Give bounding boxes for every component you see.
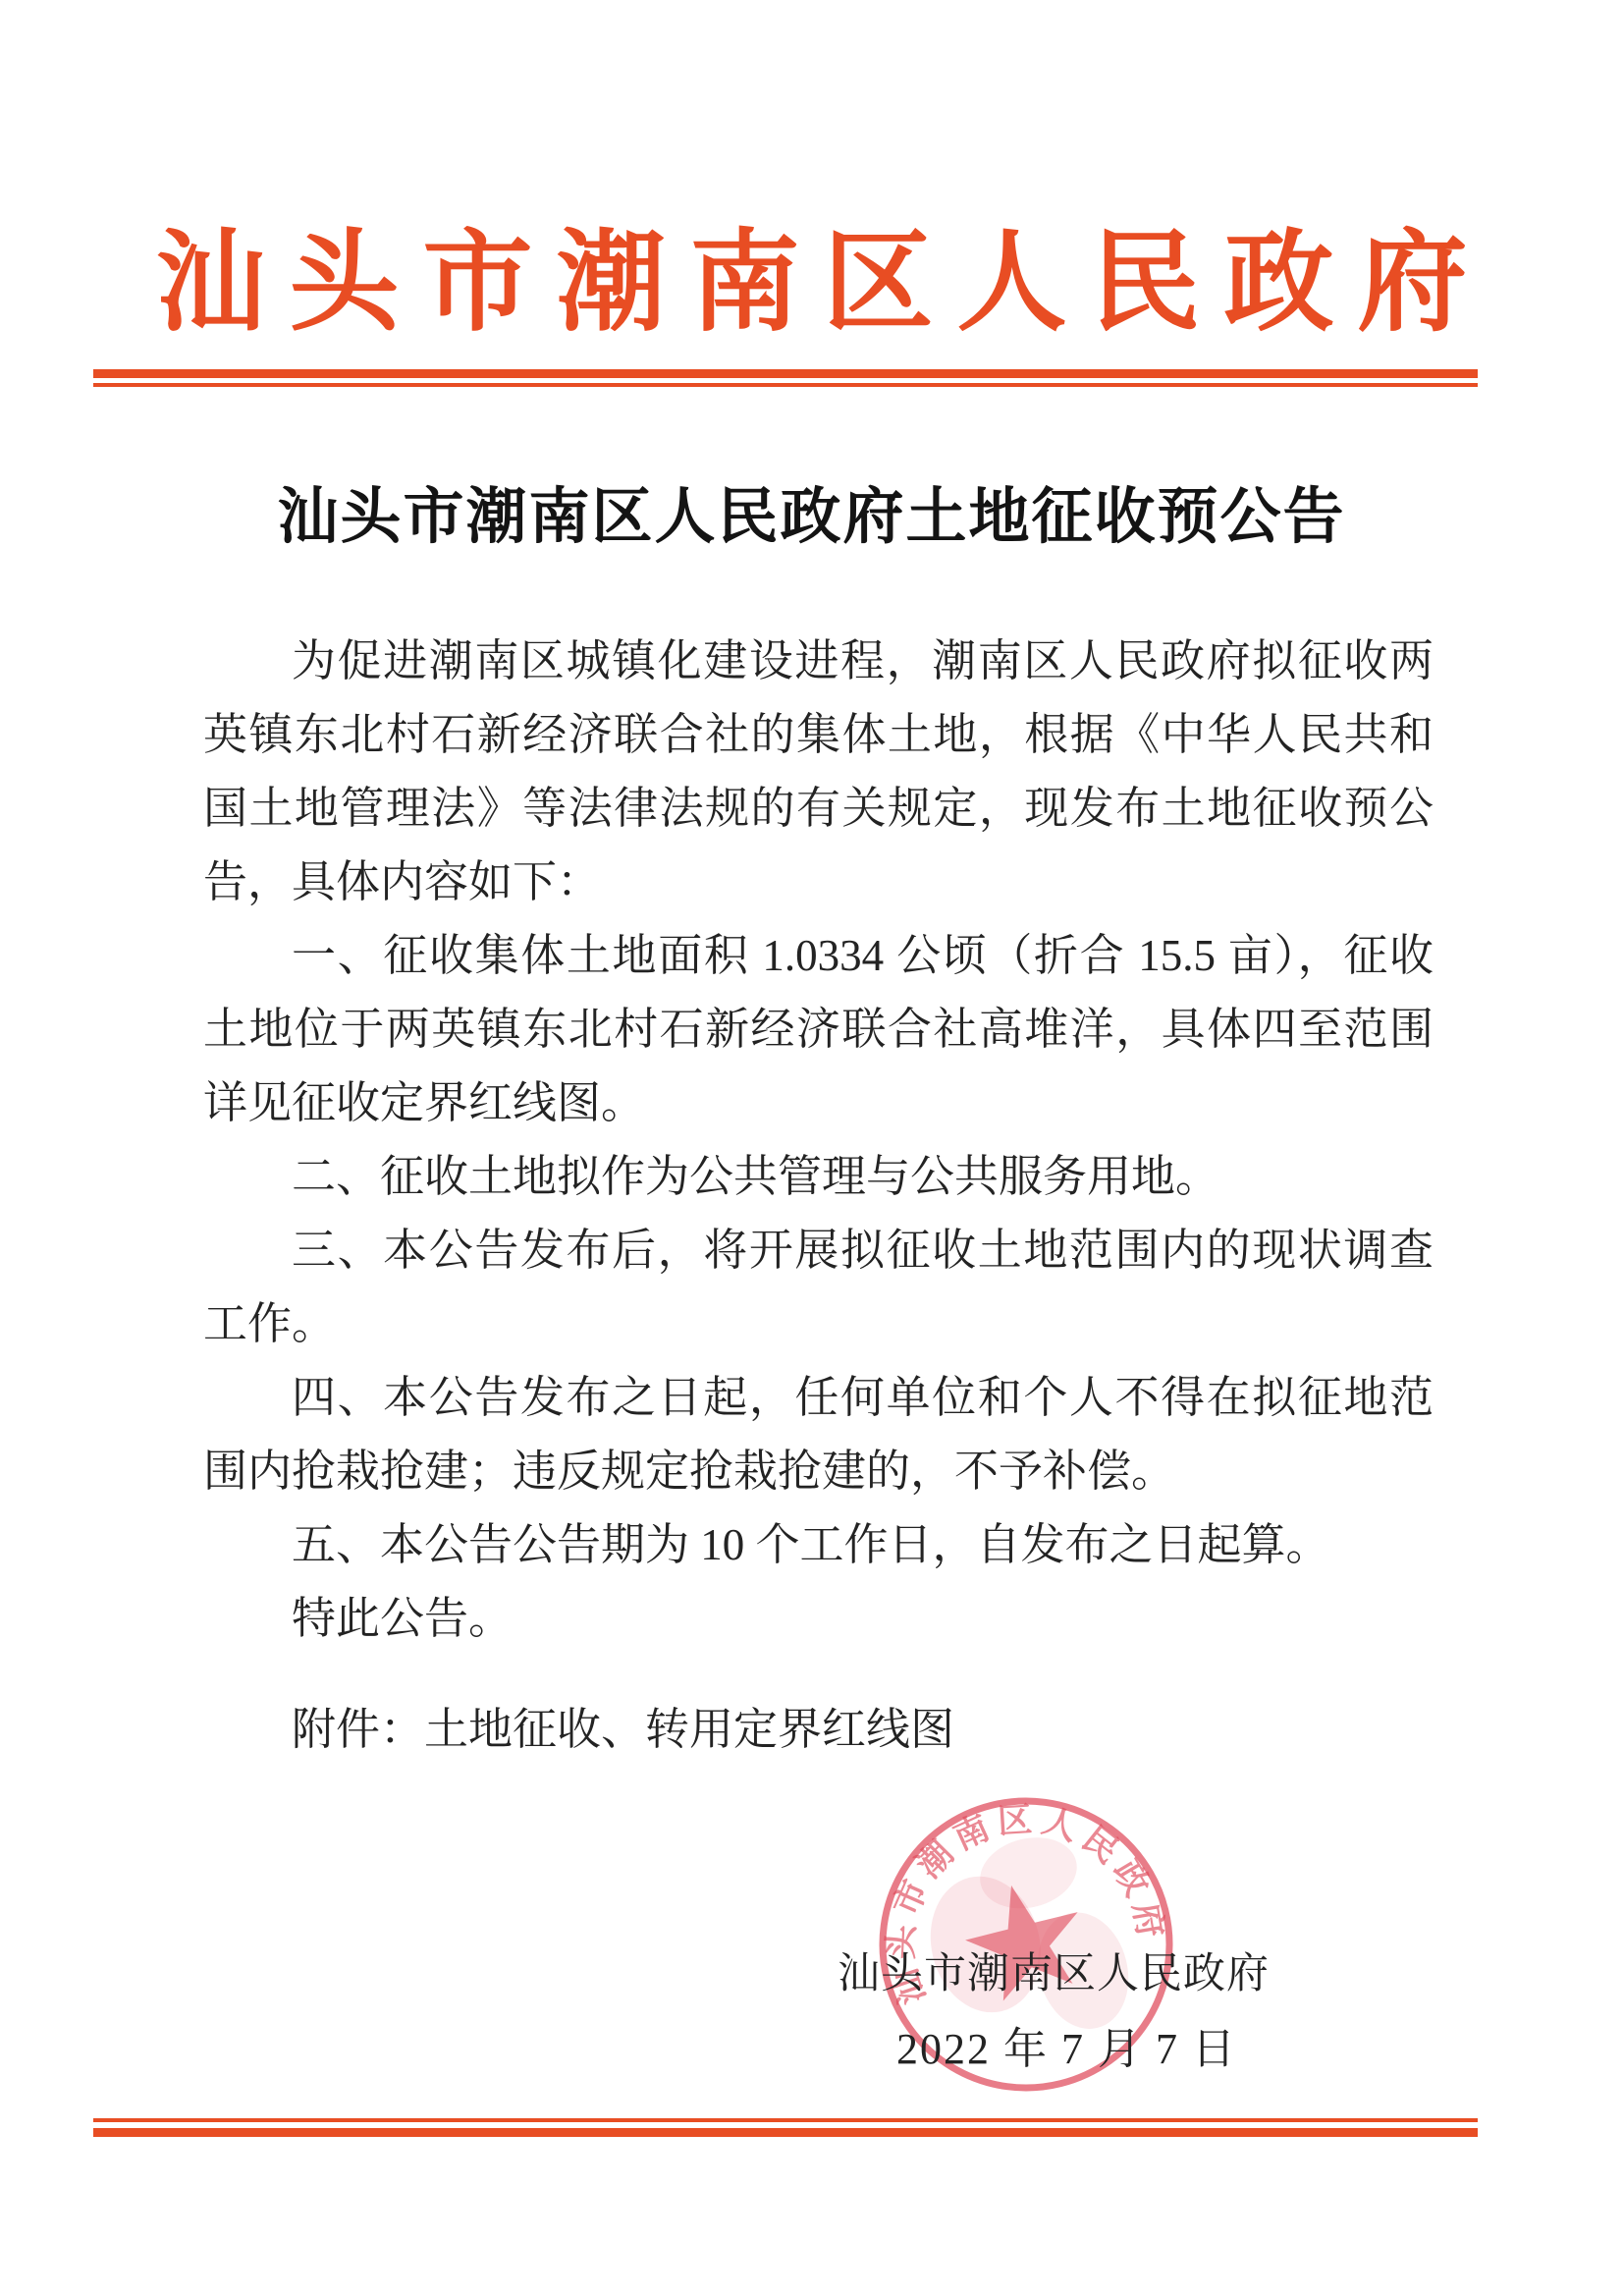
document-page: 汕头市潮南区人民政府 汕头市潮南区人民政府土地征收预公告 为促进潮南区城镇化建设… [0, 0, 1623, 2296]
document-title: 汕头市潮南区人民政府土地征收预公告 [0, 467, 1623, 555]
bottom-red-separator [93, 2118, 1478, 2137]
paragraph-item-2: 二、征收土地拟作为公共管理与公共服务用地。 [203, 1140, 1434, 1214]
paragraph-item-4: 四、本公告发布之日起，任何单位和个人不得在拟征地范围内抢栽抢建；违反规定抢栽抢建… [203, 1361, 1434, 1508]
paragraph-item-5: 五、本公告公告期为 10 个工作日，自发布之日起算。 [203, 1508, 1434, 1582]
document-body: 为促进潮南区城镇化建设进程，潮南区人民政府拟征收两英镇东北村石新经济联合社的集体… [203, 625, 1434, 1767]
paragraph-item-3: 三、本公告发布后，将开展拟征收土地范围内的现状调查工作。 [203, 1214, 1434, 1361]
bottom-separator-thick-line [93, 2128, 1478, 2137]
top-separator-thin-line [93, 383, 1478, 387]
paragraph-intro: 为促进潮南区城镇化建设进程，潮南区人民政府拟征收两英镇东北村石新经济联合社的集体… [203, 625, 1434, 919]
top-separator-thick-line [93, 369, 1478, 378]
signature-date: 2022 年 7 月 7 日 [896, 2013, 1237, 2076]
top-red-separator [93, 369, 1478, 387]
letterhead-agency-name: 汕头市潮南区人民政府 [0, 224, 1623, 345]
attachment-line: 附件：土地征收、转用定界红线图 [203, 1693, 1434, 1767]
signature-issuer: 汕头市潮南区人民政府 [838, 1941, 1270, 2000]
bottom-separator-thin-line [93, 2118, 1478, 2122]
paragraph-closing: 特此公告。 [203, 1582, 1434, 1656]
paragraph-item-1: 一、征收集体土地面积 1.0334 公顷（折合 15.5 亩），征收土地位于两英… [203, 919, 1434, 1140]
